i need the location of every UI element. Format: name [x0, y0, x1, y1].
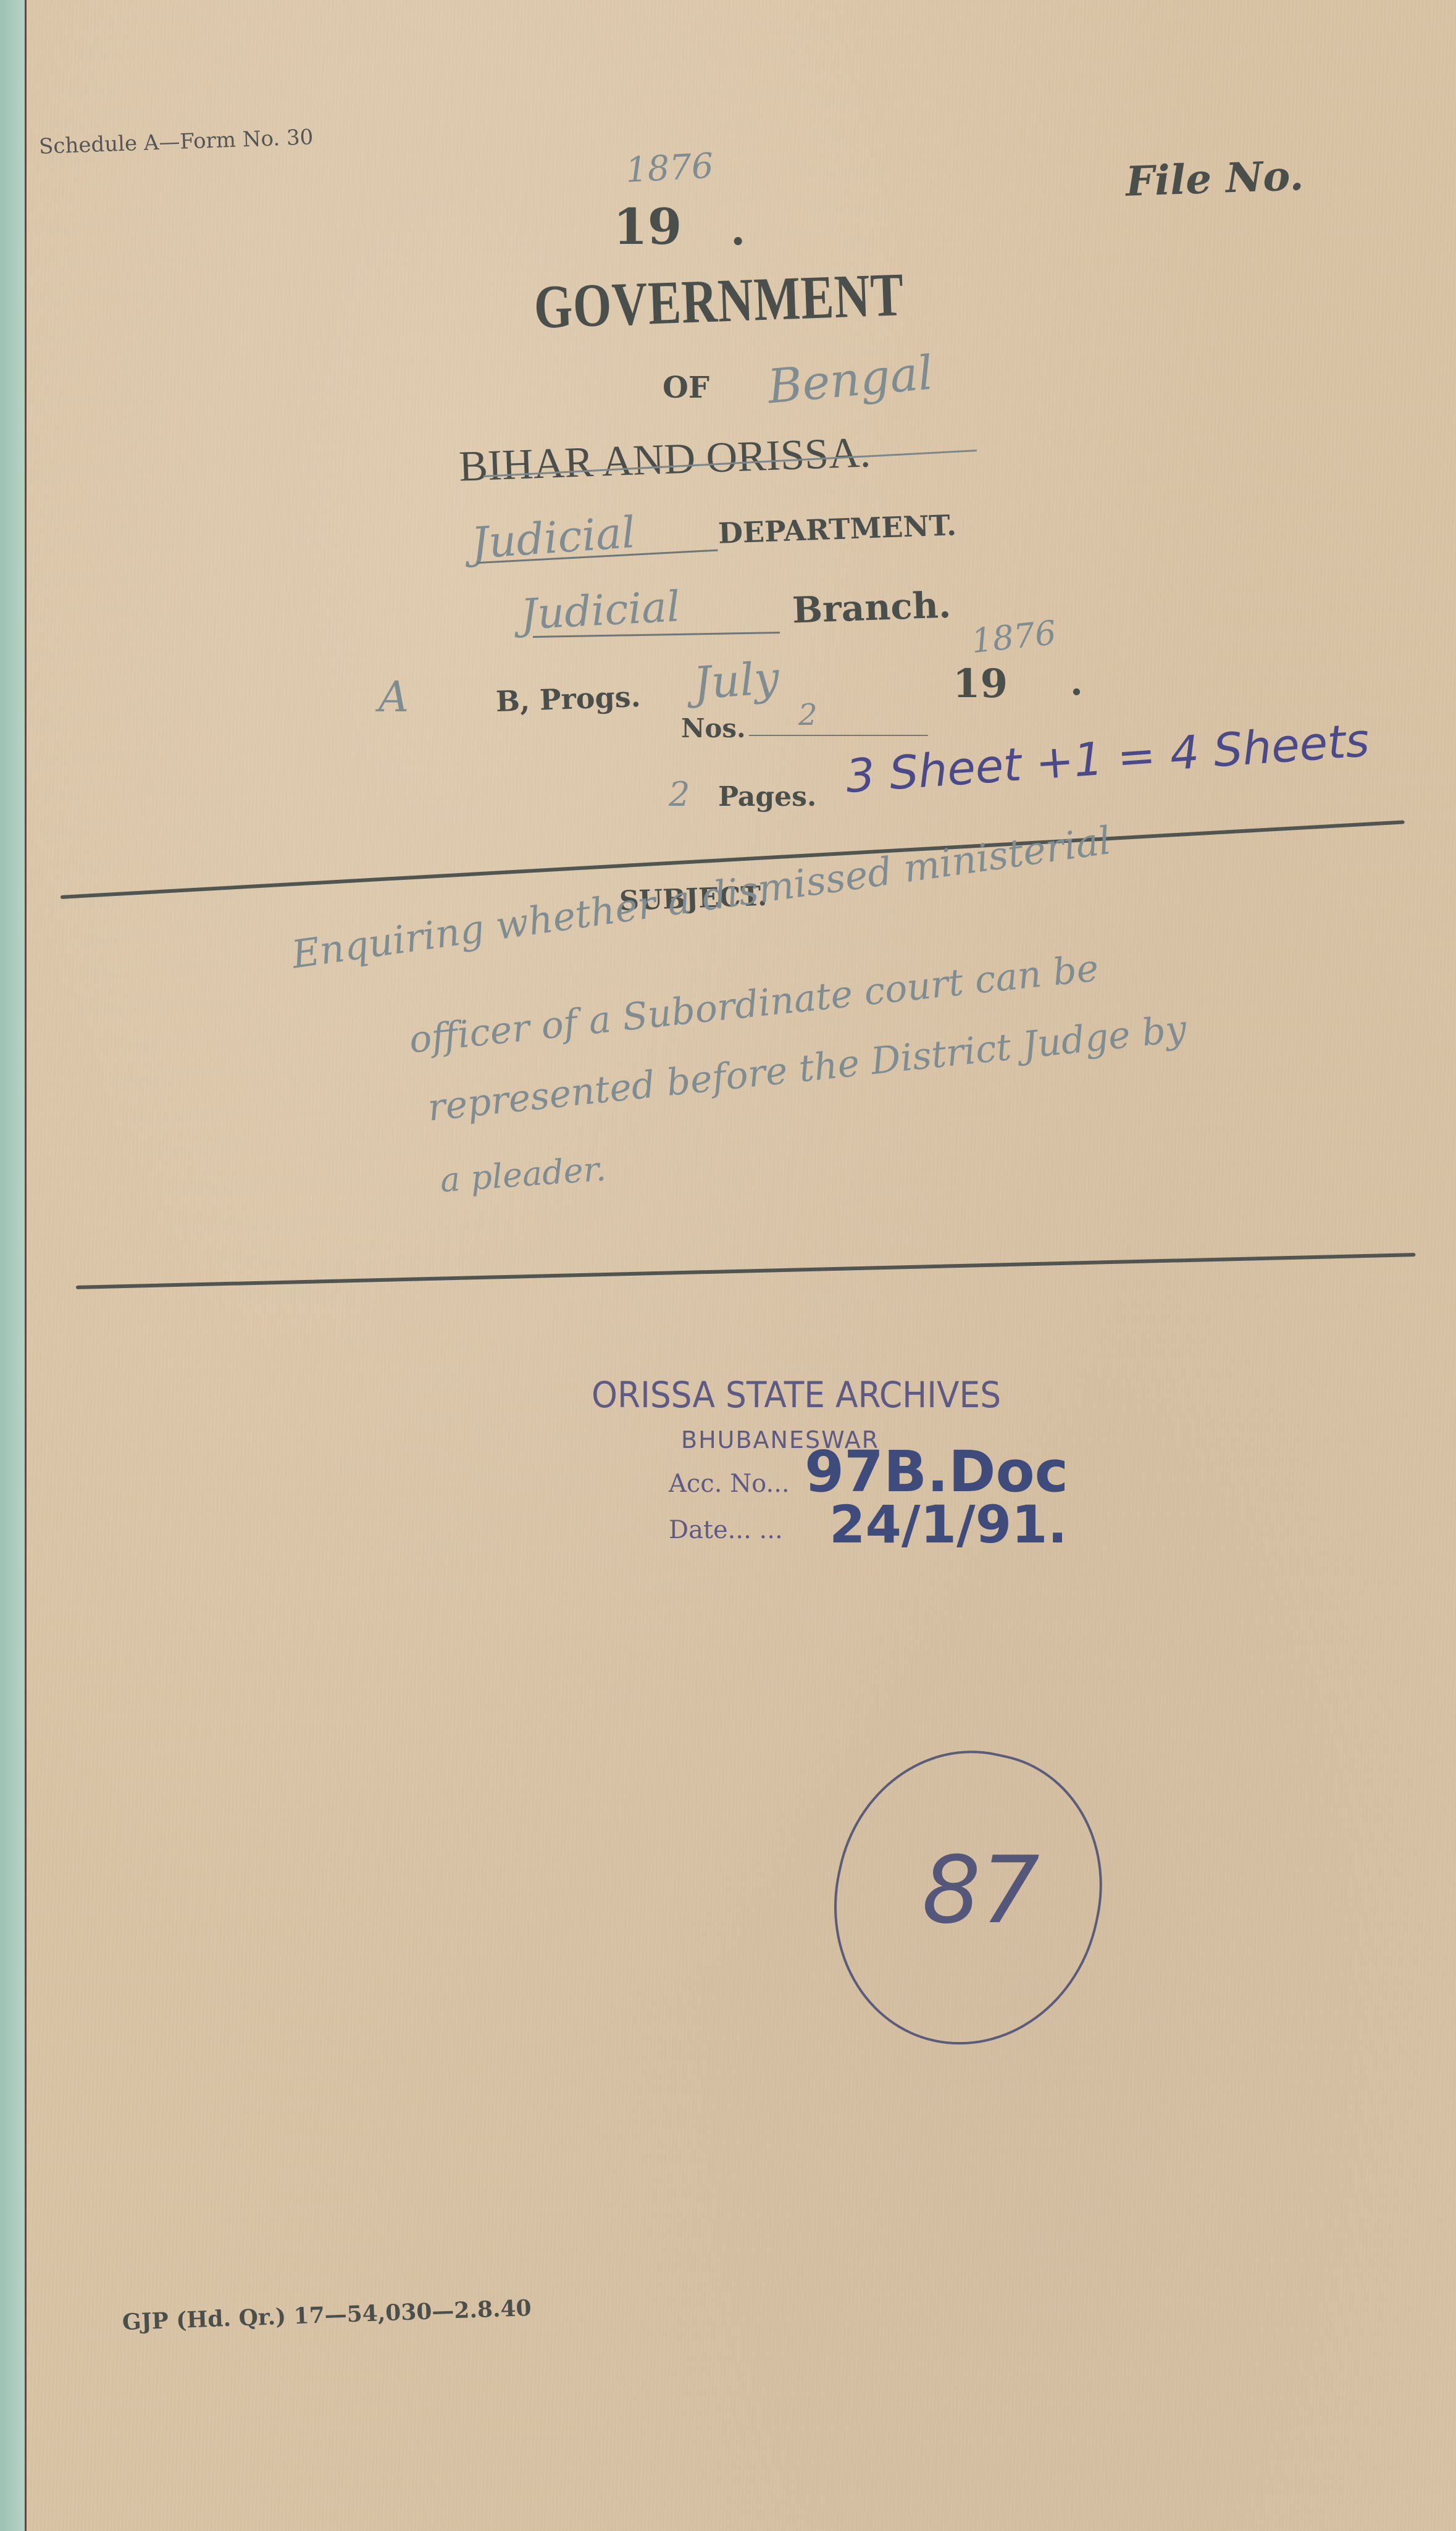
- circled-number-text: 87: [922, 1837, 1040, 1944]
- archive-stamp-name: ORISSA STATE ARCHIVES: [592, 1374, 1001, 1416]
- progs-year-handwritten: 1876: [969, 613, 1058, 661]
- of-label: OF: [663, 370, 709, 405]
- form-label: Schedule A—Form No. 30: [38, 125, 314, 159]
- page-title: GOVERNMENT: [533, 259, 905, 343]
- printer-imprint: GJP (Hd. Qr.) 17—54,030—2.8.40: [122, 2295, 532, 2335]
- year-printed: 19: [613, 198, 682, 256]
- nos-underline: [749, 735, 928, 736]
- progs-label: B, Progs.: [495, 680, 641, 718]
- department-printed: DEPARTMENT.: [718, 508, 957, 550]
- branch-handwritten: Judicial: [519, 582, 681, 639]
- archive-acc-label: Acc. No...: [669, 1470, 790, 1498]
- branch-printed: Branch.: [792, 584, 952, 632]
- subject-line-1: Enquiring whether a dismissed ministeria…: [289, 818, 1114, 977]
- progs-dot: .: [1070, 661, 1083, 704]
- file-cover-page: Schedule A—Form No. 30 File No. 1876 19 …: [25, 0, 1456, 2531]
- year-handwritten: 1876: [624, 146, 714, 190]
- pages-label: Pages.: [718, 781, 816, 813]
- archive-date-value: 24/1/91.: [829, 1494, 1068, 1555]
- progs-handwritten-a: A: [379, 673, 409, 722]
- nos-value: 2: [798, 698, 818, 732]
- subject-bottom-rule: [76, 1253, 1415, 1289]
- of-handwritten-bengal: Bengal: [766, 345, 935, 414]
- sheets-note: 3 Sheet +1 = 4 Sheets: [844, 714, 1371, 803]
- file-no-label: File No.: [1125, 151, 1305, 206]
- nos-label: Nos.: [681, 713, 746, 743]
- archive-date-label: Date... ...: [669, 1516, 783, 1544]
- pages-handwritten-count: 2: [669, 775, 690, 814]
- progs-year-printed: 19: [953, 661, 1008, 707]
- subject-line-4: a pleader.: [439, 1149, 608, 1200]
- year-dot: .: [730, 204, 745, 255]
- progs-month-handwritten: July: [692, 651, 780, 709]
